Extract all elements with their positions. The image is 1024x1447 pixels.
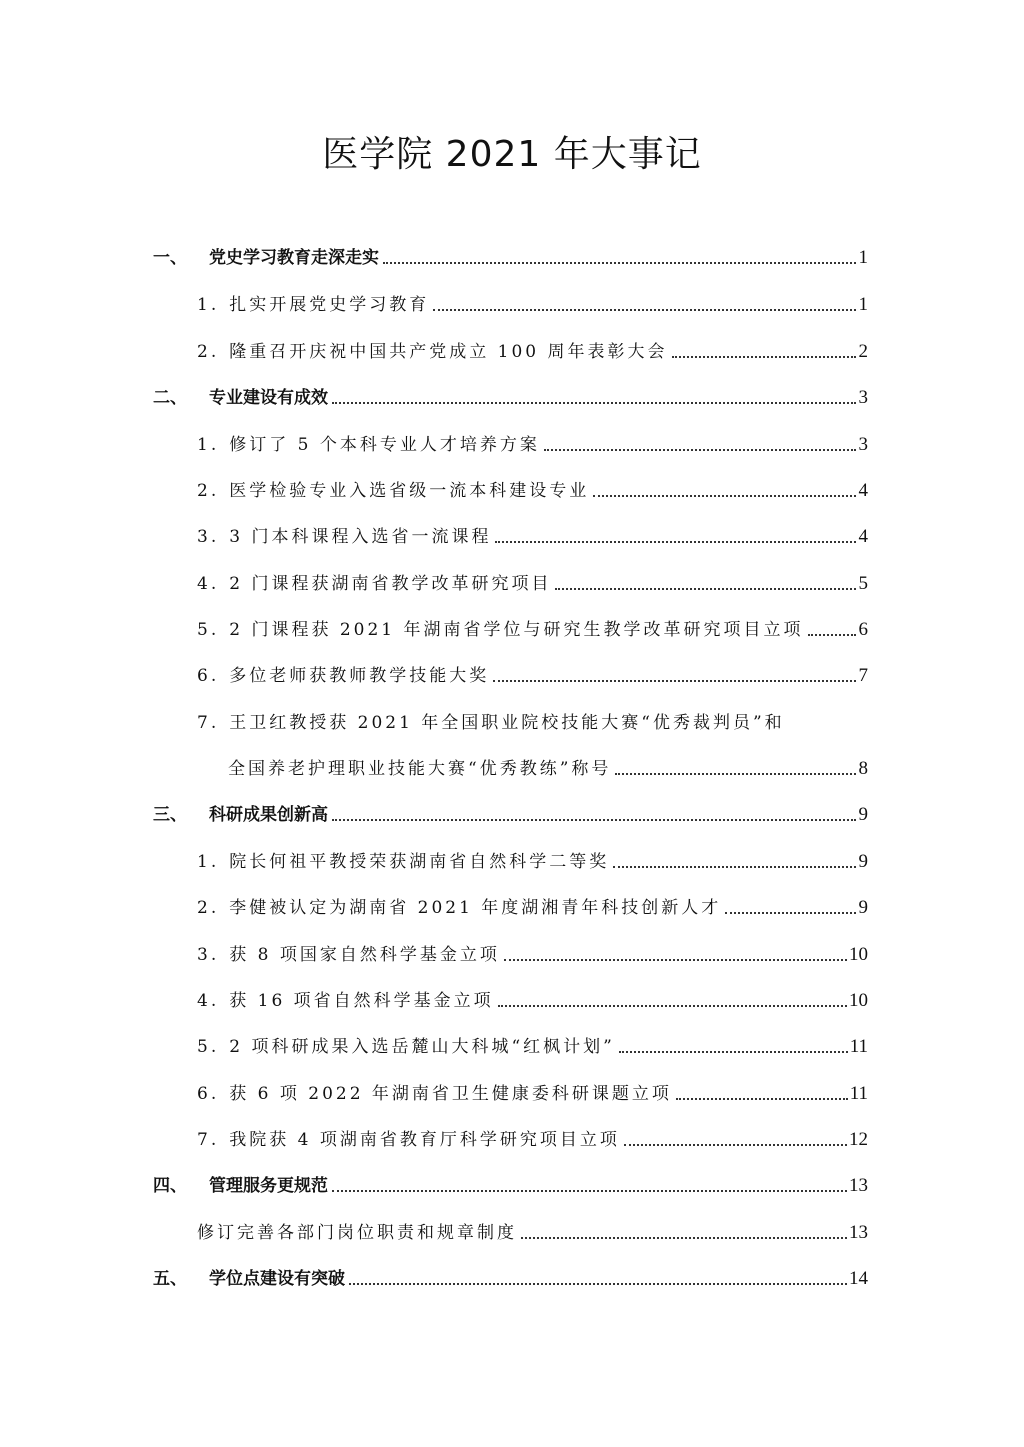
toc-entry-number: 2.	[197, 481, 219, 501]
toc-page-number: 13	[849, 1221, 868, 1245]
toc-section-entry[interactable]: 三、科研成果创新高9	[153, 797, 868, 827]
dot-leader	[725, 911, 856, 914]
toc-entry-label: 多位老师获教师教学技能大奖	[229, 666, 489, 686]
toc-entry-title: 3.获 8 项国家自然科学基金立项	[197, 943, 502, 967]
toc-entry-label: 医学检验专业入选省级一流本科建设专业	[229, 481, 589, 501]
toc-entry-title: 7.我院获 4 项湖南省教育厅科学研究项目立项	[197, 1128, 622, 1152]
toc-entry-label: 获 8 项国家自然科学基金立项	[229, 945, 500, 965]
toc-page-number: 5	[858, 572, 868, 596]
toc-page-number: 1	[858, 246, 868, 270]
toc-entry-label: 获 16 项省自然科学基金立项	[229, 991, 493, 1011]
toc-section-entry[interactable]: 五、学位点建设有突破14	[153, 1261, 868, 1291]
toc-page-number: 1	[858, 293, 868, 317]
toc-entry-number: 5.	[197, 1037, 219, 1057]
toc-entry-label: 获 6 项 2022 年湖南省卫生健康委科研课题立项	[229, 1084, 672, 1104]
toc-entry-label: 修订完善各部门岗位职责和规章制度	[197, 1223, 517, 1243]
toc-page-number: 9	[858, 850, 868, 874]
toc-entry-number: 一、	[153, 248, 187, 268]
toc-entry-title: 5.2 门课程获 2021 年湖南省学位与研究生教学改革研究项目立项	[197, 618, 806, 642]
toc-entry-title: 4.获 16 项省自然科学基金立项	[197, 989, 496, 1013]
toc-entry-label: 3 门本科课程入选省一流课程	[229, 527, 491, 547]
toc-item-entry[interactable]: 6.获 6 项 2022 年湖南省卫生健康委科研课题立项11	[197, 1076, 868, 1106]
toc-page-number: 4	[858, 479, 868, 503]
toc-page-number: 12	[849, 1128, 868, 1152]
toc-page-number: 10	[849, 989, 868, 1013]
dot-leader	[332, 401, 856, 404]
dot-leader	[544, 448, 856, 451]
toc-page-number: 3	[858, 386, 868, 410]
toc-entry-label: 我院获 4 项湖南省教育厅科学研究项目立项	[229, 1130, 620, 1150]
toc-entry-number: 3.	[197, 527, 219, 547]
document-title: 医学院 2021 年大事记	[0, 126, 1024, 177]
toc-entry-title: 1.扎实开展党史学习教育	[197, 293, 431, 317]
toc-entry-title: 7.王卫红教授获 2021 年全国职业院校技能大赛“优秀裁判员”和	[197, 711, 787, 735]
toc-item-entry[interactable]: 6.多位老师获教师教学技能大奖7	[197, 658, 868, 688]
dot-leader	[593, 494, 856, 497]
toc-item-entry[interactable]: 2.李健被认定为湖南省 2021 年度湖湘青年科技创新人才9	[197, 890, 868, 920]
toc-item-entry[interactable]: 1.院长何祖平教授荣获湖南省自然科学二等奖9	[197, 844, 868, 874]
toc-entry-title: 5.2 项科研成果入选岳麓山大科城“红枫计划”	[197, 1035, 617, 1059]
toc-item-entry[interactable]: 全国养老护理职业技能大赛“优秀教练”称号8	[228, 751, 868, 781]
toc-page-number: 9	[858, 803, 868, 827]
dot-leader	[332, 1189, 847, 1192]
toc-page-number: 7	[858, 664, 868, 688]
toc-entry-label: 学位点建设有突破	[209, 1269, 345, 1289]
toc-entry-number: 3.	[197, 945, 219, 965]
toc-item-entry[interactable]: 2.医学检验专业入选省级一流本科建设专业4	[197, 473, 868, 503]
toc-section-entry[interactable]: 四、管理服务更规范13	[153, 1168, 868, 1198]
toc-entry-label: 2 项科研成果入选岳麓山大科城“红枫计划”	[229, 1037, 615, 1057]
toc-page-number: 11	[850, 1082, 868, 1106]
dot-leader	[672, 355, 857, 358]
dot-leader	[332, 818, 856, 821]
dot-leader	[615, 772, 856, 775]
toc-entry-title: 1.院长何祖平教授荣获湖南省自然科学二等奖	[197, 850, 611, 874]
toc-item-entry[interactable]: 2.隆重召开庆祝中国共产党成立 100 周年表彰大会2	[197, 334, 868, 364]
toc-entry-title: 三、科研成果创新高	[153, 803, 330, 827]
toc-item-entry[interactable]: 7.我院获 4 项湖南省教育厅科学研究项目立项12	[197, 1122, 868, 1152]
toc-page-number: 10	[849, 943, 868, 967]
toc-entry-title: 2.李健被认定为湖南省 2021 年度湖湘青年科技创新人才	[197, 896, 723, 920]
toc-entry-label: 专业建设有成效	[209, 388, 328, 408]
dot-leader	[495, 540, 856, 543]
toc-entry-label: 隆重召开庆祝中国共产党成立 100 周年表彰大会	[229, 342, 667, 362]
toc-entry-title: 全国养老护理职业技能大赛“优秀教练”称号	[228, 757, 613, 781]
dot-leader	[349, 1282, 847, 1285]
toc-entry-title: 修订完善各部门岗位职责和规章制度	[197, 1221, 519, 1245]
toc-item-entry[interactable]: 1.修订了 5 个本科专业人才培养方案3	[197, 427, 868, 457]
toc-entry-title: 3.3 门本科课程入选省一流课程	[197, 525, 493, 549]
toc-entry-label: 2 门课程获湖南省教学改革研究项目	[229, 574, 551, 594]
toc-entry-number: 1.	[197, 852, 219, 872]
dot-leader	[383, 261, 856, 264]
toc-item-entry[interactable]: 5.2 门课程获 2021 年湖南省学位与研究生教学改革研究项目立项6	[197, 612, 868, 642]
dot-leader	[493, 679, 856, 682]
toc-item-entry[interactable]: 4.获 16 项省自然科学基金立项10	[197, 983, 868, 1013]
toc-page-number: 4	[858, 525, 868, 549]
toc-entry-label: 全国养老护理职业技能大赛“优秀教练”称号	[228, 759, 611, 779]
toc-entry-title: 2.医学检验专业入选省级一流本科建设专业	[197, 479, 591, 503]
dot-leader	[789, 728, 856, 729]
dot-leader	[808, 633, 856, 636]
toc-item-entry[interactable]: 7.王卫红教授获 2021 年全国职业院校技能大赛“优秀裁判员”和	[197, 705, 868, 735]
toc-entry-title: 1.修订了 5 个本科专业人才培养方案	[197, 433, 542, 457]
toc-section-entry[interactable]: 二、专业建设有成效3	[153, 380, 868, 410]
toc-page-number: 13	[849, 1174, 868, 1198]
dot-leader	[676, 1097, 848, 1100]
toc-item-entry[interactable]: 修订完善各部门岗位职责和规章制度13	[197, 1215, 868, 1245]
toc-entry-number: 1.	[197, 435, 219, 455]
toc-entry-title: 6.多位老师获教师教学技能大奖	[197, 664, 491, 688]
toc-entry-title: 五、学位点建设有突破	[153, 1267, 347, 1291]
toc-entry-number: 4.	[197, 991, 219, 1011]
toc-page-number: 3	[858, 433, 868, 457]
toc-entry-number: 五、	[153, 1269, 187, 1289]
toc-entry-title: 一、党史学习教育走深走实	[153, 246, 381, 270]
toc-entry-label: 管理服务更规范	[209, 1176, 328, 1196]
toc-entry-label: 科研成果创新高	[209, 805, 328, 825]
toc-entry-title: 4.2 门课程获湖南省教学改革研究项目	[197, 572, 553, 596]
toc-entry-number: 5.	[197, 620, 219, 640]
toc-page-number: 11	[850, 1035, 868, 1059]
dot-leader	[504, 958, 847, 961]
toc-entry-title: 2.隆重召开庆祝中国共产党成立 100 周年表彰大会	[197, 340, 670, 364]
dot-leader	[619, 1050, 848, 1053]
toc-entry-number: 4.	[197, 574, 219, 594]
toc-entry-label: 党史学习教育走深走实	[209, 248, 379, 268]
dot-leader	[613, 865, 856, 868]
toc-item-entry[interactable]: 5.2 项科研成果入选岳麓山大科城“红枫计划”11	[197, 1029, 868, 1059]
toc-page-number: 2	[858, 340, 868, 364]
toc-entry-title: 二、专业建设有成效	[153, 386, 330, 410]
toc-item-entry[interactable]: 3.获 8 项国家自然科学基金立项10	[197, 937, 868, 967]
toc-page-number: 6	[858, 618, 868, 642]
dot-leader	[624, 1143, 847, 1146]
toc-item-entry[interactable]: 3.3 门本科课程入选省一流课程4	[197, 519, 868, 549]
toc-entry-number: 6.	[197, 1084, 219, 1104]
toc-entry-number: 2.	[197, 898, 219, 918]
toc-entry-number: 1.	[197, 295, 219, 315]
toc-entry-number: 2.	[197, 342, 219, 362]
toc-entry-number: 四、	[153, 1176, 187, 1196]
dot-leader	[555, 587, 856, 590]
toc-page-number: 14	[849, 1267, 868, 1291]
toc-page-number: 8	[858, 757, 868, 781]
toc-entry-label: 修订了 5 个本科专业人才培养方案	[229, 435, 540, 455]
dot-leader	[521, 1236, 847, 1239]
toc-entry-number: 二、	[153, 388, 187, 408]
toc-entry-number: 三、	[153, 805, 187, 825]
toc-entry-title: 四、管理服务更规范	[153, 1174, 330, 1198]
toc-entry-label: 李健被认定为湖南省 2021 年度湖湘青年科技创新人才	[229, 898, 721, 918]
toc-entry-number: 7.	[197, 1130, 219, 1150]
toc-item-entry[interactable]: 1.扎实开展党史学习教育1	[197, 287, 868, 317]
toc-entry-number: 6.	[197, 666, 219, 686]
toc-entry-label: 2 门课程获 2021 年湖南省学位与研究生教学改革研究项目立项	[229, 620, 803, 640]
toc-entry-title: 6.获 6 项 2022 年湖南省卫生健康委科研课题立项	[197, 1082, 674, 1106]
dot-leader	[433, 308, 856, 311]
toc-section-entry[interactable]: 一、党史学习教育走深走实1	[153, 240, 868, 270]
toc-entry-label: 扎实开展党史学习教育	[229, 295, 429, 315]
toc-entry-label: 王卫红教授获 2021 年全国职业院校技能大赛“优秀裁判员”和	[229, 713, 784, 733]
toc-item-entry[interactable]: 4.2 门课程获湖南省教学改革研究项目5	[197, 566, 868, 596]
toc-entry-label: 院长何祖平教授荣获湖南省自然科学二等奖	[229, 852, 609, 872]
toc-entry-number: 7.	[197, 713, 219, 733]
dot-leader	[498, 1004, 847, 1007]
toc-page-number: 9	[858, 896, 868, 920]
